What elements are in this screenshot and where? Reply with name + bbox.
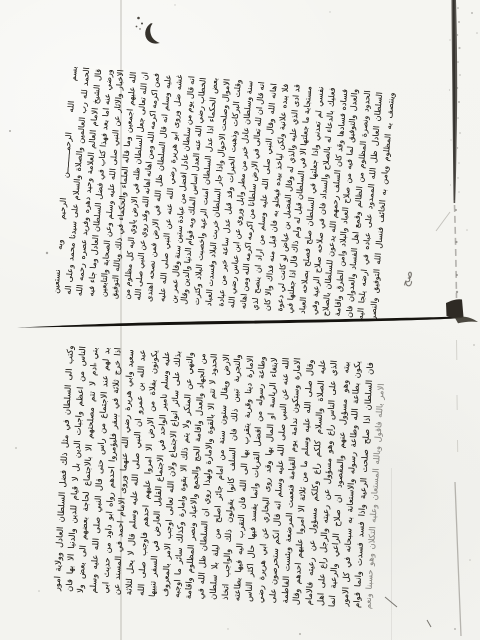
manuscript-scan: بسم الله الرحمـــــــــن الرحيم وبه نستع… <box>0 0 480 640</box>
lower-text-block: وكتب الى السلطان في مثل ذلك فضل السلطان … <box>51 345 388 609</box>
manuscript-page-lower: وكتب الى السلطان في مثل ذلك فضل السلطان … <box>0 0 480 640</box>
